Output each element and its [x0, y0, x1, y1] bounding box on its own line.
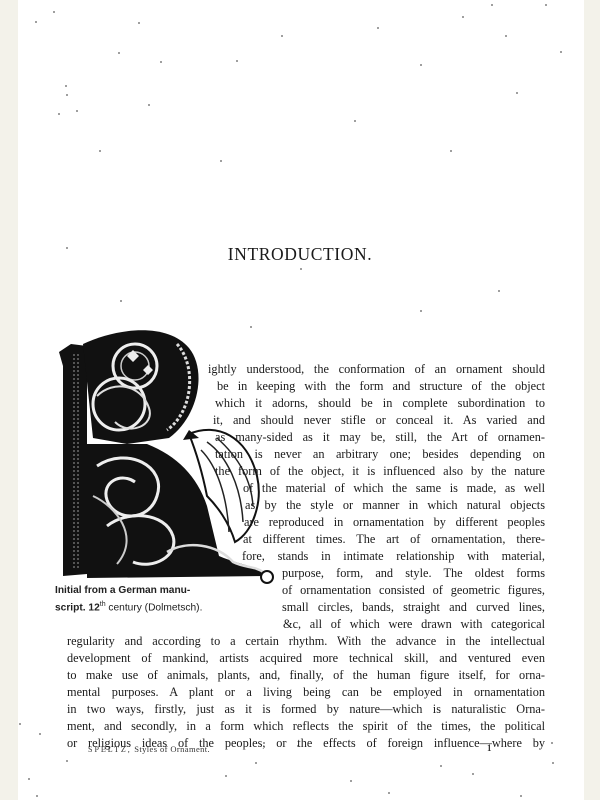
body-line: at different times. The art of ornamenta…: [243, 531, 545, 548]
body-line: in two ways, firstly, just as it is form…: [67, 701, 545, 718]
footer-book-title: Styles of Ornament.: [132, 744, 210, 754]
body-line: it, and should never stifle or conceal i…: [213, 412, 545, 429]
page-title: INTRODUCTION.: [0, 244, 600, 265]
body-line: development of mankind, artists acquired…: [67, 650, 545, 667]
page-number: 1: [487, 743, 492, 753]
body-line: to make use of animals, plants, and, fin…: [67, 667, 545, 684]
body-line: as many-sided as it may be, still, the A…: [215, 429, 545, 446]
body-line: fore, stands in intimate relationship wi…: [242, 548, 545, 565]
body-line: regularity and according to a certain rh…: [67, 633, 545, 650]
body-line: are reproduced in ornamentation by diffe…: [244, 514, 545, 531]
body-line: of ornamentation consisted of geometric …: [282, 582, 545, 599]
caption-text: century: [106, 602, 145, 613]
body-line: small circles, bands, straight and curve…: [282, 599, 545, 616]
caption-line-1: Initial from a German manu-: [55, 584, 275, 598]
body-line: the form of the object, it is influenced…: [215, 463, 545, 480]
body-line: as by the style or manner in which natur…: [245, 497, 545, 514]
body-line: tation is never an arbitrary one; beside…: [215, 446, 545, 463]
body-line: which it adorns, should be in complete s…: [215, 395, 545, 412]
body-line: mental purposes. A plant or a living bei…: [67, 684, 545, 701]
figure-caption: Initial from a German manu- script. 12th…: [55, 584, 275, 615]
page-footer: SPELTZ, Styles of Ornament.: [88, 744, 210, 754]
caption-text: script. 12: [55, 602, 100, 613]
caption-credit: (Dolmetsch).: [145, 602, 203, 613]
footer-author: SPELTZ,: [88, 745, 132, 754]
body-line: of the material of which the same is mad…: [243, 480, 545, 497]
body-line: be in keeping with the form and structur…: [217, 378, 545, 395]
body-line: ment, and secondly, in a form which refl…: [67, 718, 545, 735]
body-line: &c, all of which were drawn with categor…: [283, 616, 545, 633]
body-line: purpose, form, and style. The oldest for…: [282, 565, 545, 582]
body-line: ightly understood, the conformation of a…: [208, 361, 545, 378]
caption-line-2: script. 12th century (Dolmetsch).: [55, 598, 275, 615]
